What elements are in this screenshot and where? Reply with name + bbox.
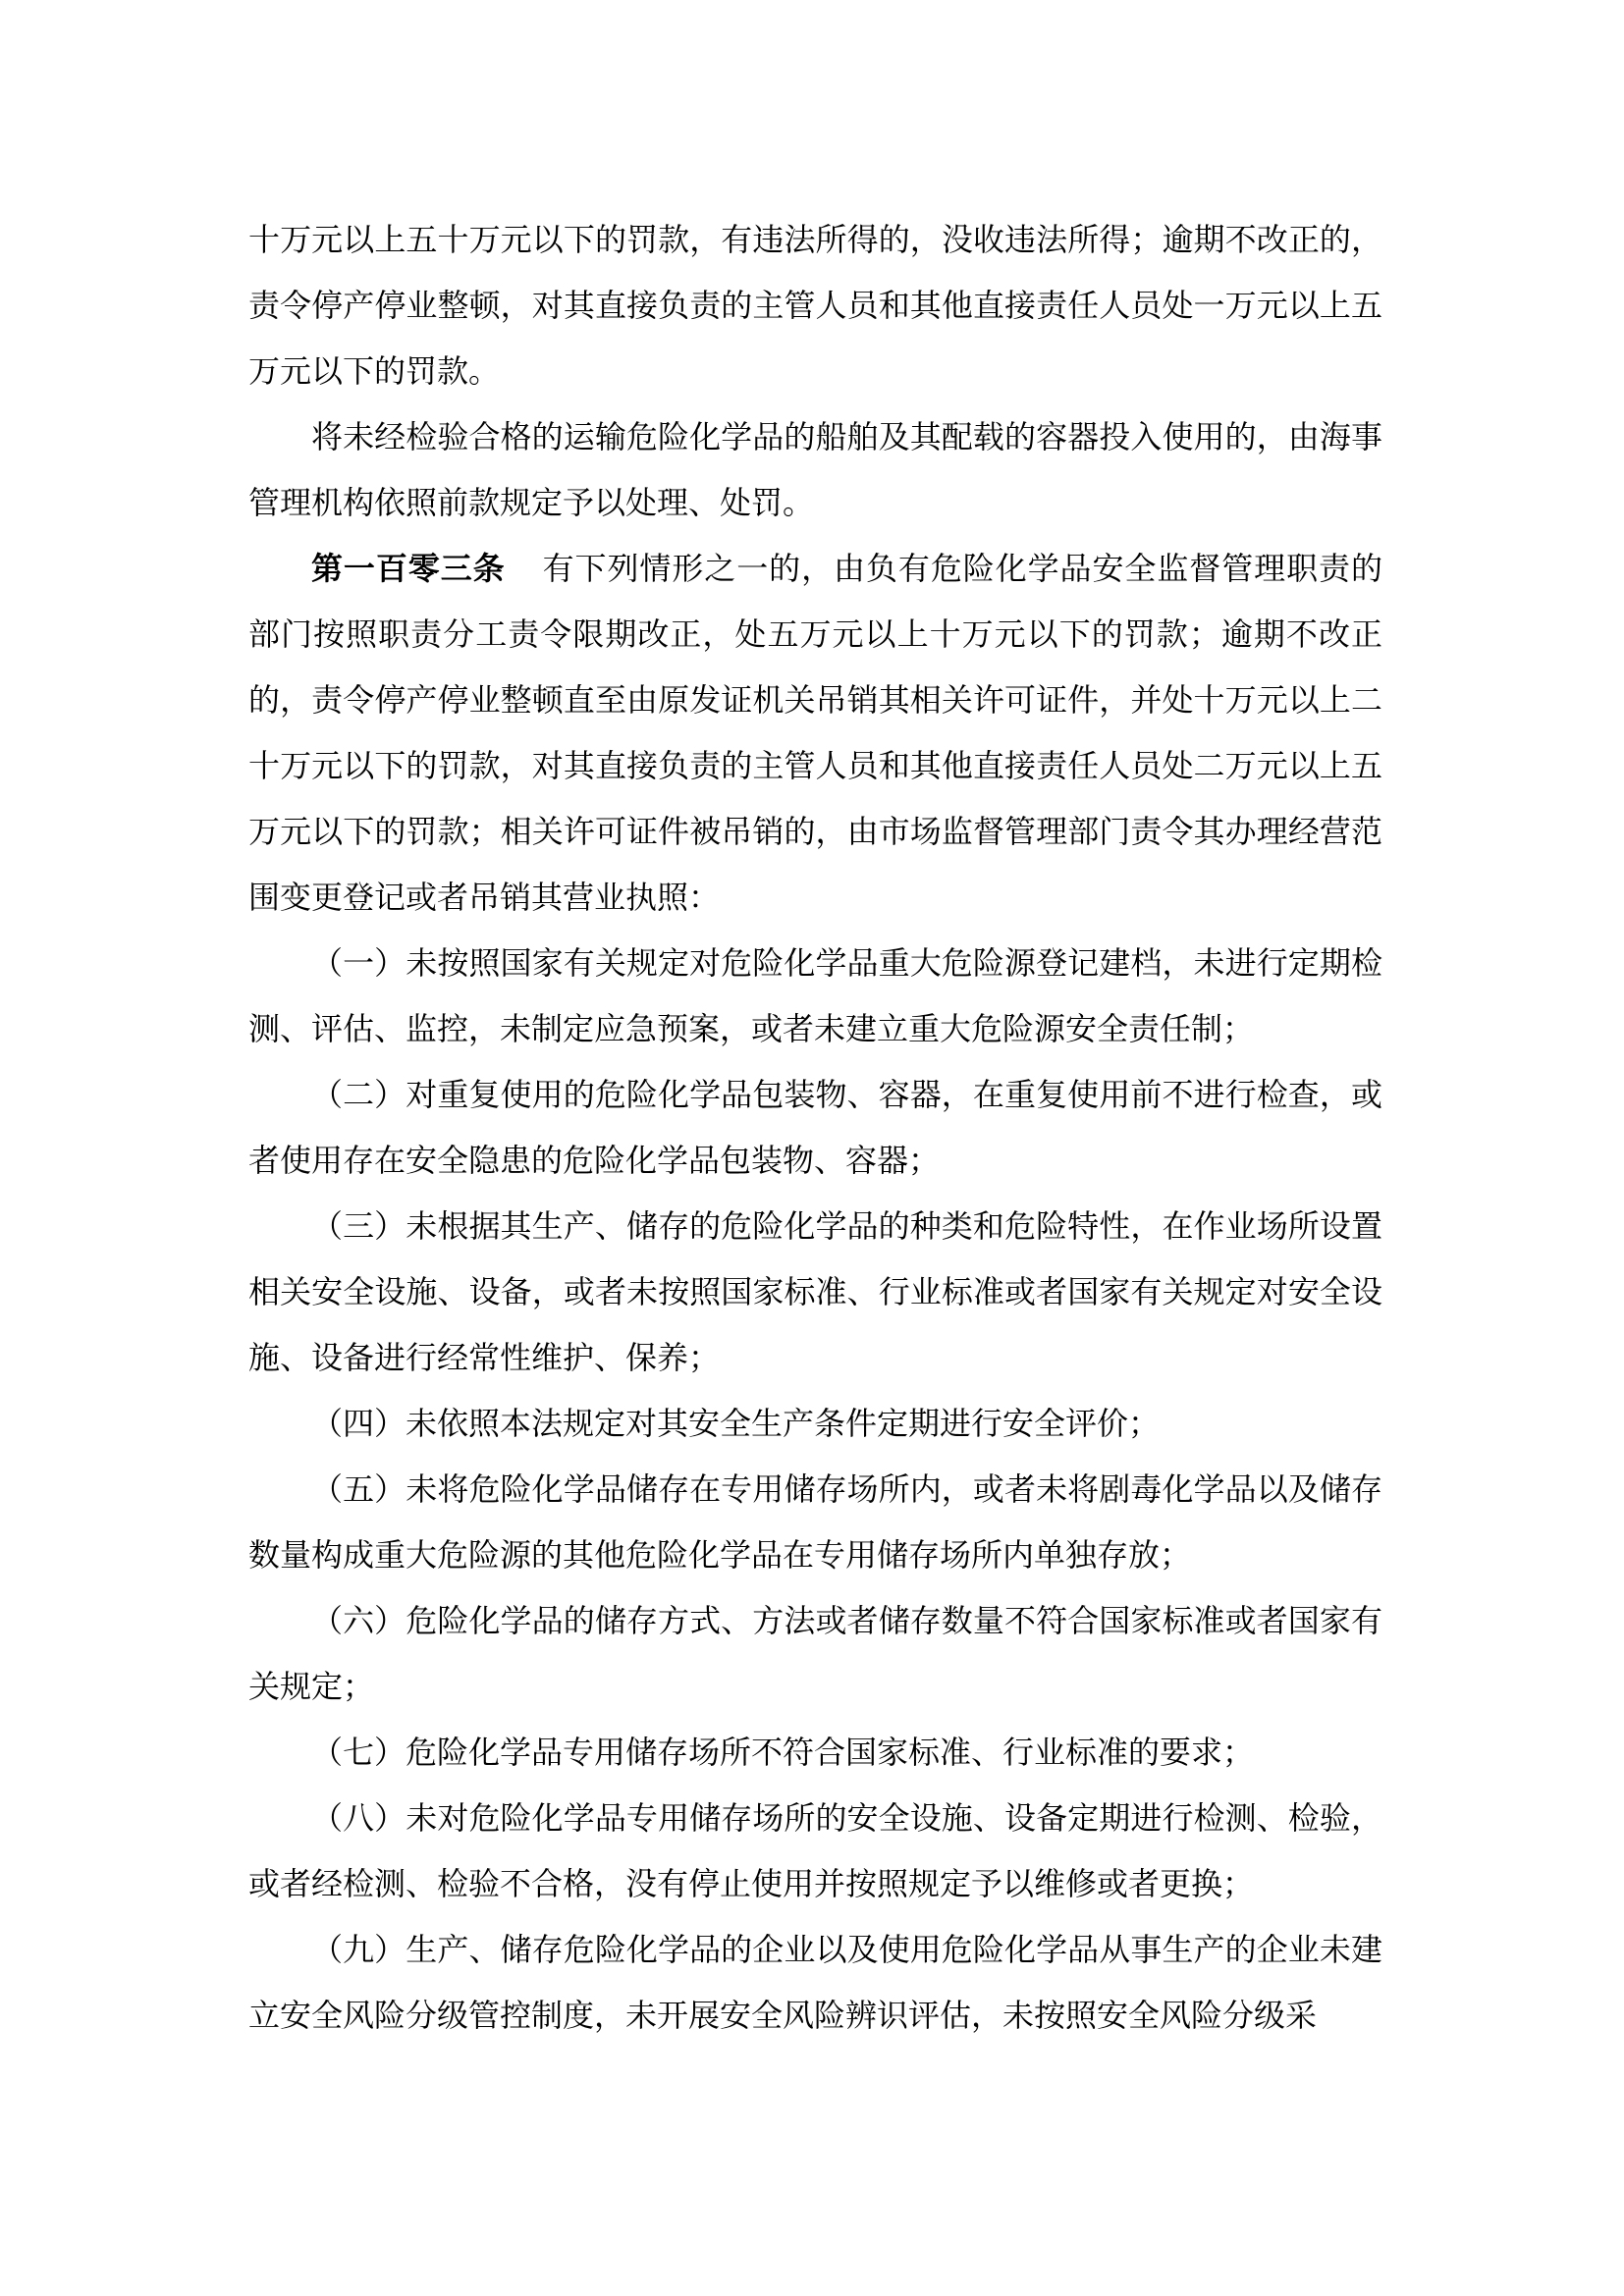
list-item-7: （七）危险化学品专用储存场所不符合国家标准、行业标准的要求； <box>248 1720 1382 1786</box>
list-item-4: （四）未依照本法规定对其安全生产条件定期进行安全评价； <box>248 1391 1382 1457</box>
list-item-9: （九）生产、储存危险化学品的企业以及使用危险化学品从事生产的企业未建立安全风险分… <box>248 1917 1382 2049</box>
paragraph-ship-containers: 将未经检验合格的运输危险化学品的船舶及其配载的容器投入使用的，由海事管理机构依照… <box>248 404 1382 536</box>
text-block: 十万元以上五十万元以下的罚款，有违法所得的，没收违法所得；逾期不改正的，责令停产… <box>248 207 1382 2049</box>
list-item-2: （二）对重复使用的危险化学品包装物、容器，在重复使用前不进行检查，或者使用存在安… <box>248 1062 1382 1194</box>
list-item-1: （一）未按照国家有关规定对危险化学品重大危险源登记建档，未进行定期检测、评估、监… <box>248 931 1382 1062</box>
list-item-8: （八）未对危险化学品专用储存场所的安全设施、设备定期进行检测、检验，或者经检测、… <box>248 1786 1382 1917</box>
document-page: 十万元以上五十万元以下的罚款，有违法所得的，没收违法所得；逾期不改正的，责令停产… <box>0 0 1624 2296</box>
list-item-5: （五）未将危险化学品储存在专用储存场所内，或者未将剧毒化学品以及储存数量构成重大… <box>248 1457 1382 1588</box>
list-item-3: （三）未根据其生产、储存的危险化学品的种类和危险特性，在作业场所设置相关安全设施… <box>248 1194 1382 1391</box>
paragraph-continuation: 十万元以上五十万元以下的罚款，有违法所得的，没收违法所得；逾期不改正的，责令停产… <box>248 207 1382 404</box>
article-number: 第一百零三条 <box>311 551 506 586</box>
paragraph-article-103: 第一百零三条有下列情形之一的，由负有危险化学品安全监督管理职责的部门按照职责分工… <box>248 536 1382 931</box>
list-item-6: （六）危险化学品的储存方式、方法或者储存数量不符合国家标准或者国家有关规定； <box>248 1588 1382 1720</box>
